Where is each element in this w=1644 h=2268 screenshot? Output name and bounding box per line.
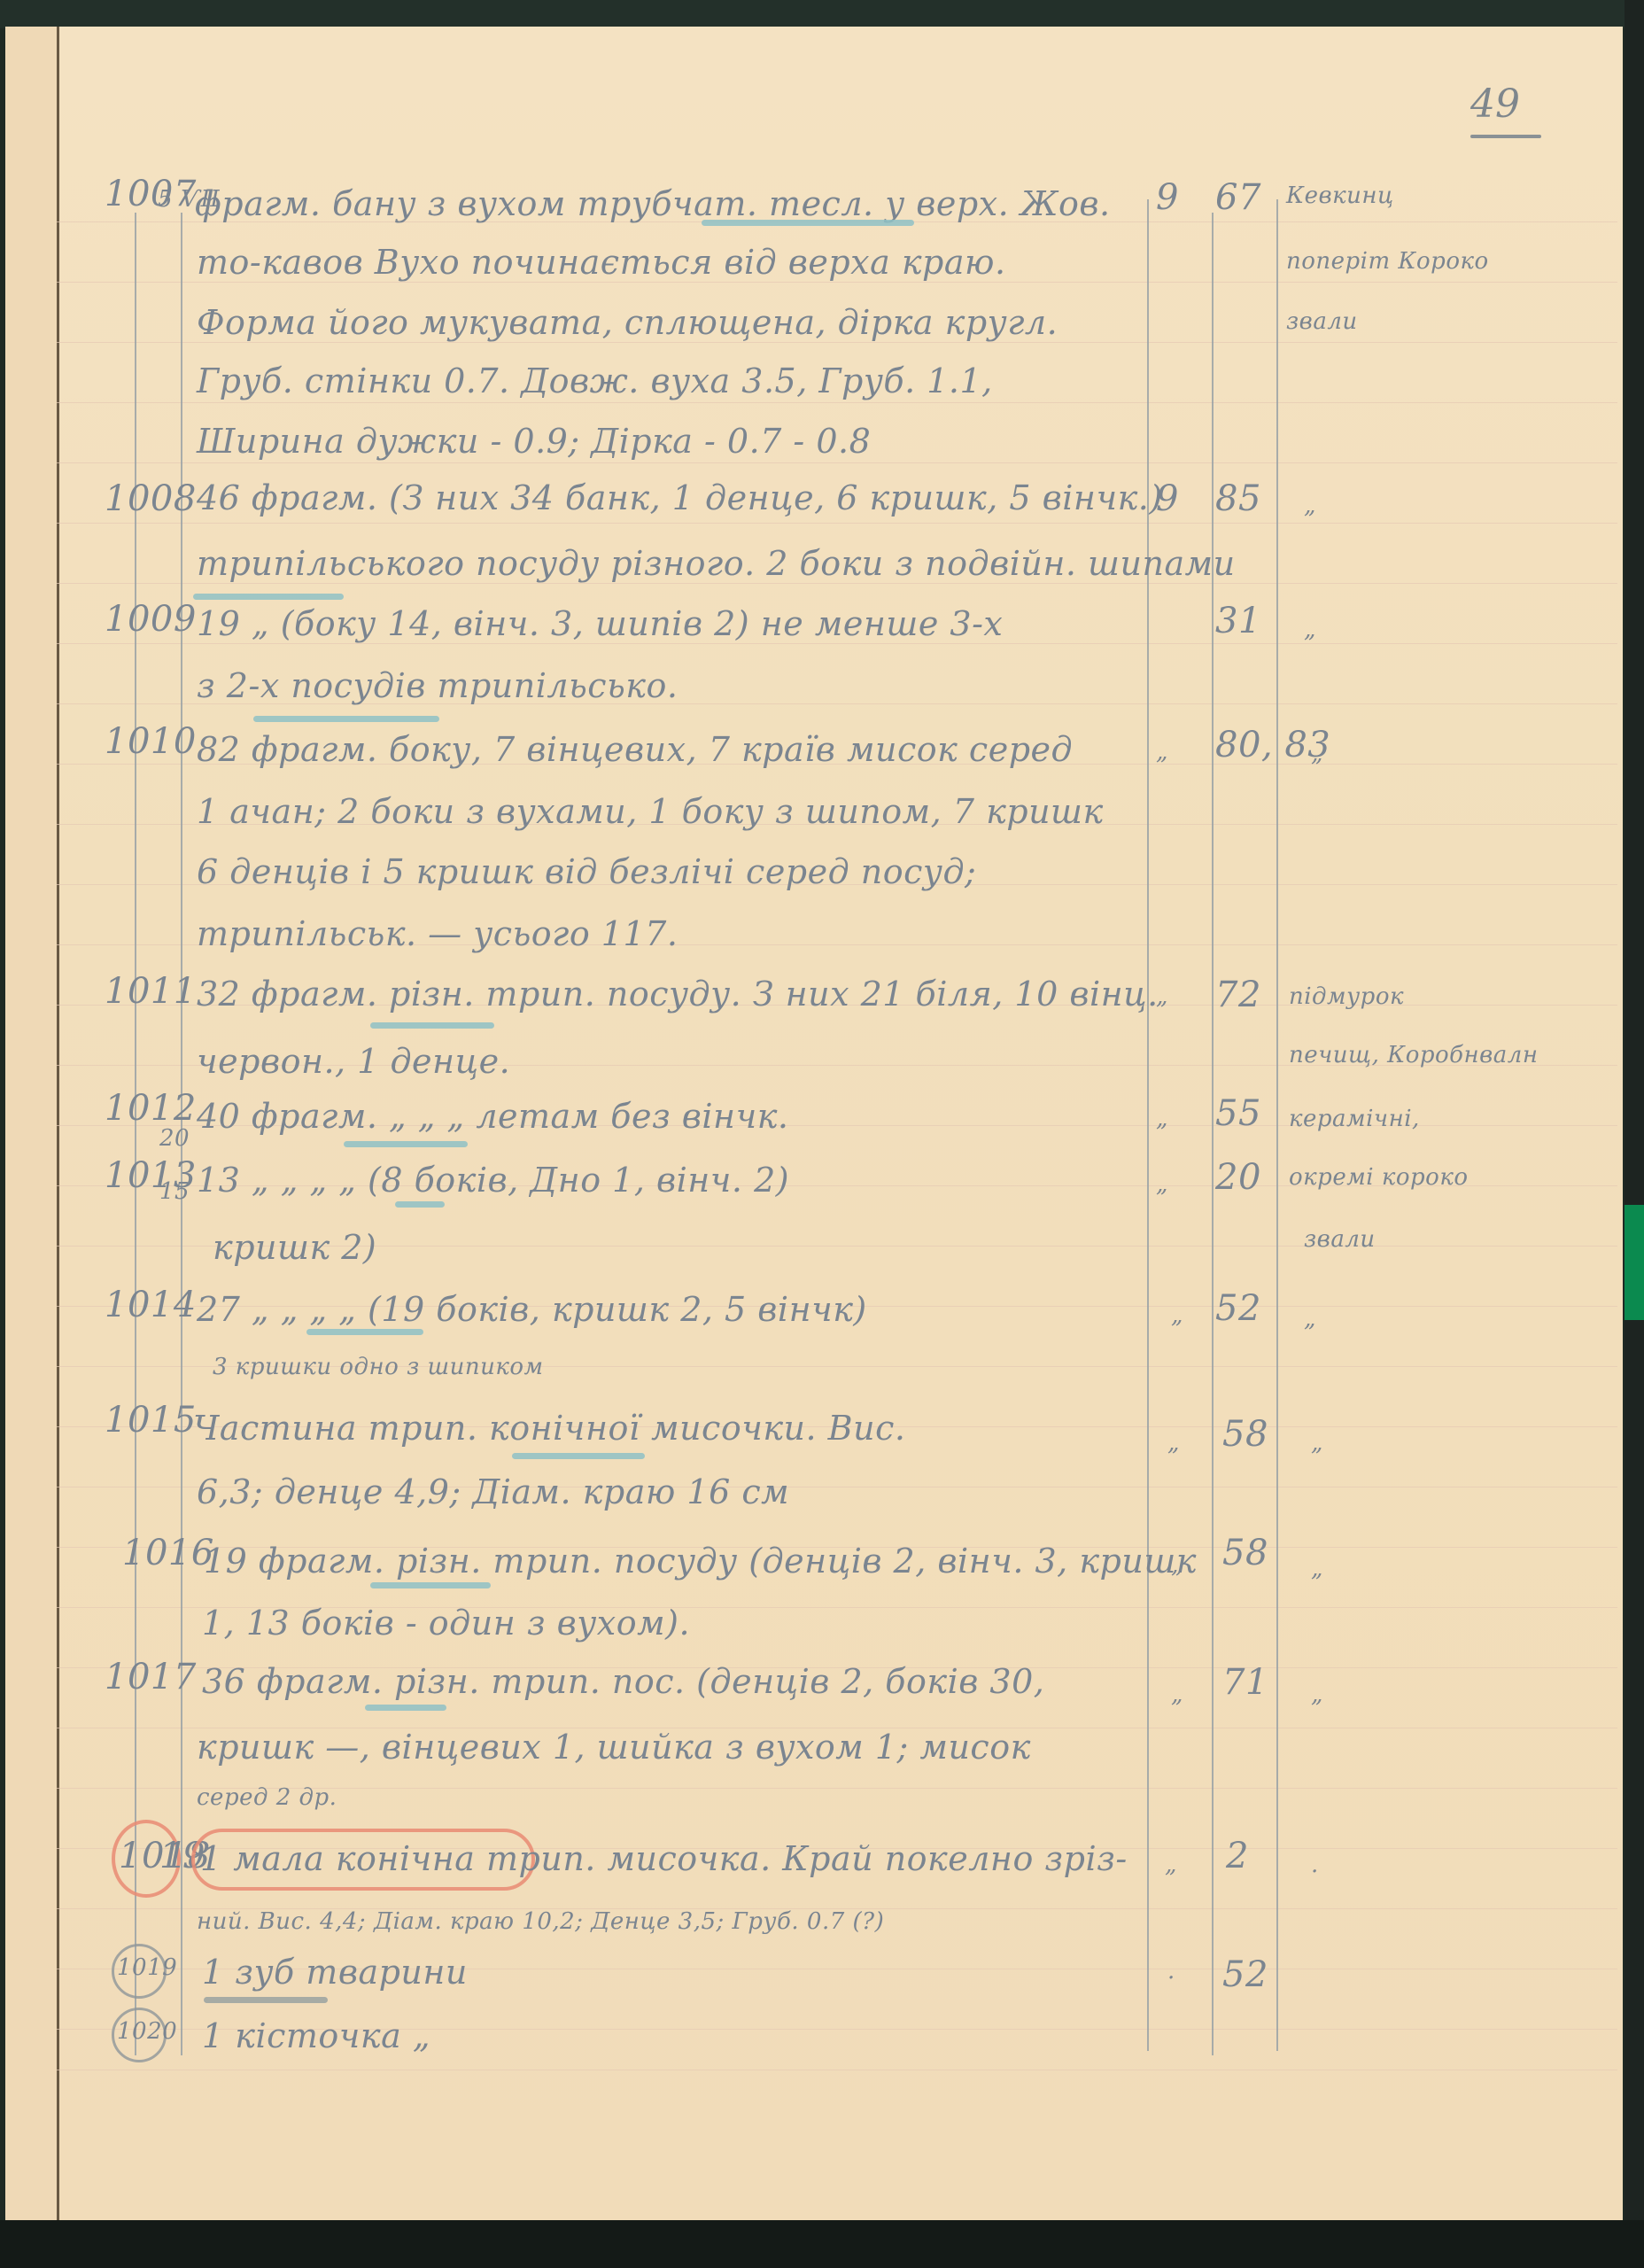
entry-note-line: керамічні, [1289,1106,1420,1132]
ruled-line [57,2070,1617,2070]
entry-square: 85 [1215,478,1261,519]
entry-number: 1017 [105,1657,197,1697]
entry-description-line: з 2-х посудів трипільсько. [197,666,678,705]
ruled-line [57,282,1617,283]
ruled-line [57,402,1617,403]
ruled-line [57,643,1617,644]
entry-description-line: 32 фрагм. різн. трип. посуду. З них 21 б… [197,975,1159,1014]
entry-description-line: 1, 13 боків - один з вухом). [202,1604,690,1643]
entry-qty: „ [1171,1302,1183,1329]
entry-number: 1015 [105,1400,197,1441]
entry-description-line: 40 фрагм. „ „ „ летам без вінчк. [197,1097,788,1136]
entry-description-line: 1 ачан; 2 боки з вухами, 1 боку з шипом,… [197,792,1104,831]
entry-square: 71 [1222,1662,1268,1703]
entry-number: 1016 [122,1533,214,1573]
ruled-line [57,523,1617,524]
entry-qty: „ [1167,1430,1180,1456]
page-number-underline [1470,135,1541,138]
blue-underline [365,1705,446,1711]
blue-underline [395,1201,445,1208]
ruled-line [57,342,1617,343]
entry-number: 1020 [117,2018,177,2045]
entry-square: 72 [1215,975,1261,1015]
entry-qty: „ [1171,1552,1183,1579]
page-number: 49 [1470,82,1520,127]
entry-description-line: кришк —, вінцевих 1, шийка з вухом 1; ми… [197,1728,1031,1767]
entry-note-line: „ [1304,493,1316,519]
entry-square: 55 [1215,1093,1261,1134]
blue-underline [702,220,914,226]
entry-note-line: „ [1304,1306,1316,1332]
ruled-line [57,583,1617,584]
scan-background-bottom [0,2220,1644,2268]
entry-date: 15 [159,1178,190,1205]
blue-underline [370,1022,494,1029]
scan-background-top [0,0,1644,28]
entry-number: 1019 [117,1954,177,1981]
entry-square: 31 [1215,601,1261,641]
entry-qty: 9 [1156,478,1179,519]
entry-description-line: Груб. стінки 0.7. Довж. вуха 3.5, Груб. … [197,361,993,400]
column-divider-square [1212,213,1214,2055]
entry-note-line: „ [1304,617,1316,643]
scan-background-right [1625,0,1644,2268]
entry-note-line: звали [1286,308,1358,335]
entry-date: 20 [159,1125,190,1152]
column-divider-qty [1147,199,1149,2051]
entry-description-line: 3 кришки одно з шипиком [213,1354,544,1380]
entry-description-line: 6,3; денце 4,9; Діам. краю 16 см [197,1472,789,1511]
blue-underline [193,594,344,600]
entry-note-line: Кевкинц [1286,183,1394,209]
blue-underline [253,716,439,722]
entry-description-line: Частина трип. конічної мисочки. Вис. [193,1409,905,1448]
blue-underline [344,1141,468,1147]
entry-description-line: серед 2 др. [197,1784,337,1811]
entry-square: 58 [1222,1414,1268,1455]
entry-square: 20 [1215,1157,1261,1198]
entry-square: 52 [1222,1954,1268,1995]
entry-note-line: поперіт Короко [1286,248,1489,275]
blue-underline [370,1582,491,1588]
entry-description-line: червон., 1 денце. [197,1042,510,1081]
entry-description-line: 1 мала конічна трип. мисочка. Край покел… [200,1839,1128,1878]
entry-description-line: 19 фрагм. різн. трип. посуду (денців 2, … [204,1542,1197,1581]
entry-description-line: Форма його мукувата, сплющена, дірка кру… [197,303,1058,342]
entry-description-line: 46 фрагм. (З них 34 банк, 1 денце, 6 кри… [197,478,1163,517]
binding-strip [5,27,59,2224]
entry-description-line: Ширина дужки - 0.9; Дірка - 0.7 - 0.8 [197,422,871,461]
entry-number: 1010 [105,721,197,762]
entry-description-line: кришк 2) [213,1228,376,1267]
blue-underline [512,1453,645,1459]
entry-description-line: 1 зуб тварини [202,1953,468,1992]
entry-number: 1008 [105,478,197,519]
entry-qty: „ [1156,1106,1168,1132]
entry-qty: „ [1156,1171,1168,1198]
entry-note-line: окремі короко [1289,1164,1469,1191]
entry-note-line: „ [1311,1682,1323,1708]
entry-square: 52 [1215,1288,1261,1329]
entry-description-line: фрагм. бану з вухом трубчат. тесл. у вер… [195,184,1111,223]
entry-description-line: то-кавов Вухо починається від верха краю… [197,243,1006,282]
entry-qty: „ [1165,1852,1177,1878]
entry-qty: „ [1171,1682,1183,1708]
entry-note-line: „ [1311,1556,1323,1582]
entry-qty: „ [1156,739,1168,765]
entry-note-line: . [1311,1852,1319,1878]
entry-description-line: трипільського посуду різного. 2 боки з п… [197,544,1236,583]
entry-number: 1011 [105,971,197,1012]
entry-description-line: 6 денців і 5 кришк від безлічі серед пос… [197,852,976,891]
green-tab-marker [1625,1205,1644,1320]
entry-number: 1014 [105,1285,197,1325]
entry-note-line: звали [1304,1226,1376,1253]
entry-note-line: „ [1311,741,1323,767]
entry-description-line: ний. Вис. 4,4; Діам. краю 10,2; Денце 3,… [197,1908,884,1935]
entry-note-line: підмурок [1289,983,1404,1010]
entry-description-line: 1 кісточка „ [202,2016,430,2055]
entry-qty: „ [1156,983,1168,1010]
entry-note-line: печищ, Коробнвалн [1289,1042,1539,1068]
entry-description-line: 82 фрагм. боку, 7 вінцевих, 7 країв мисо… [197,730,1073,769]
entry-description-line: 19 „ (боку 14, вінч. 3, шипів 2) не менш… [197,604,1003,643]
blue-underline [306,1329,423,1335]
entry-number: 1009 [105,599,197,640]
entry-number: 1012 [105,1088,197,1129]
entry-qty: · [1167,1965,1175,1992]
entry-note-line: „ [1311,1430,1323,1456]
gray-underline [204,1997,328,2003]
column-divider-note [1276,199,1278,2051]
entry-description-line: 27 „ „ „ „ (19 боків, кришк 2, 5 вінчк) [197,1290,867,1329]
entry-description-line: 36 фрагм. різн. трип. пос. (денців 2, бо… [202,1662,1044,1701]
entry-qty: 9 [1156,177,1179,218]
entry-description-line: 13 „ „ „ „ (8 боків, Дно 1, вінч. 2) [197,1161,789,1200]
entry-description-line: трипільськ. — усього 117. [197,914,678,953]
entry-square: 2 [1226,1836,1249,1876]
ruled-line [57,462,1617,463]
entry-square: 58 [1222,1533,1268,1573]
entry-square: 67 [1215,177,1261,218]
